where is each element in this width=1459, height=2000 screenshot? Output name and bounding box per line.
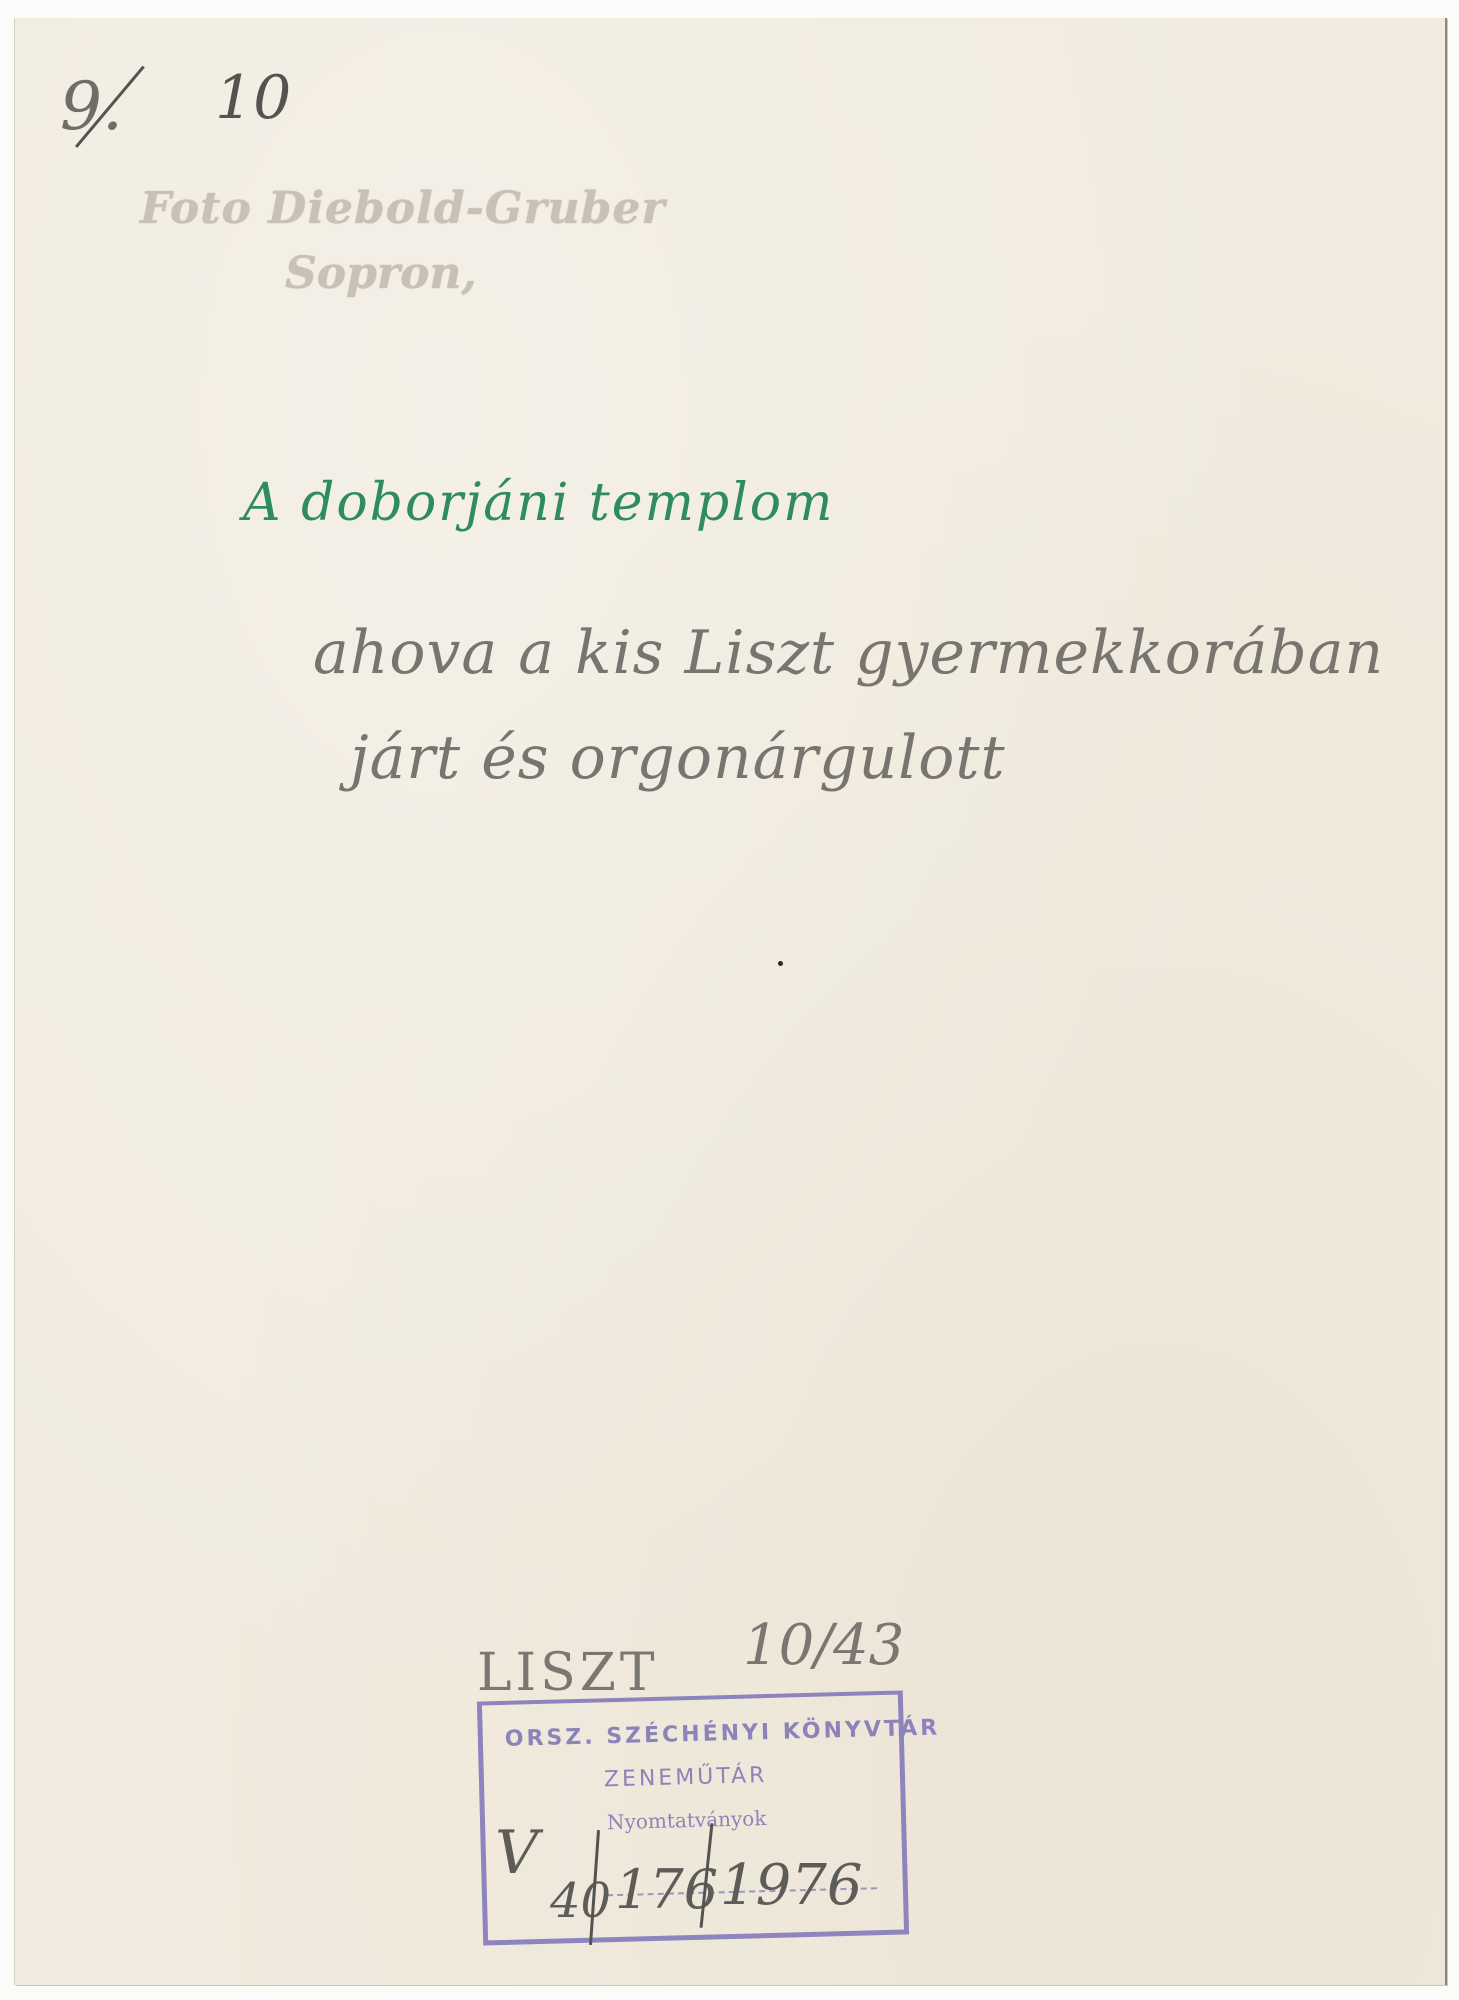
library-stamp-line3: Nyomtatványok (607, 1806, 767, 1834)
sequence-number: 10 (215, 63, 291, 133)
caption-pencil-line2: járt és orgonárgulott (350, 723, 1006, 793)
accession-part3: 1976 (720, 1853, 863, 1918)
caption-pencil-line1: ahova a kis Liszt gyermekkorában (313, 618, 1384, 688)
library-stamp-line1: ORSZ. SZÉCHÉNYI KÖNYVTÁR (505, 1716, 941, 1752)
photographer-stamp-line1: Foto Diebold-Gruber (140, 183, 666, 234)
photo-verso-card: 9. 10 Foto Diebold-Gruber Sopron, A dobo… (15, 18, 1447, 1985)
ink-speck (777, 960, 784, 967)
catalog-name: LISZT (477, 1643, 659, 1703)
caption-green-ink: A doborjáni templom (243, 473, 834, 533)
crossed-number: 9. (60, 68, 123, 145)
accession-part1: 40 (550, 1873, 611, 1929)
photographer-stamp-line2: Sopron, (285, 248, 477, 299)
library-stamp-line2: ZENEMŰTÁR (604, 1763, 768, 1792)
check-mark: V (495, 1818, 538, 1888)
catalog-number: 10/43 (743, 1613, 904, 1678)
